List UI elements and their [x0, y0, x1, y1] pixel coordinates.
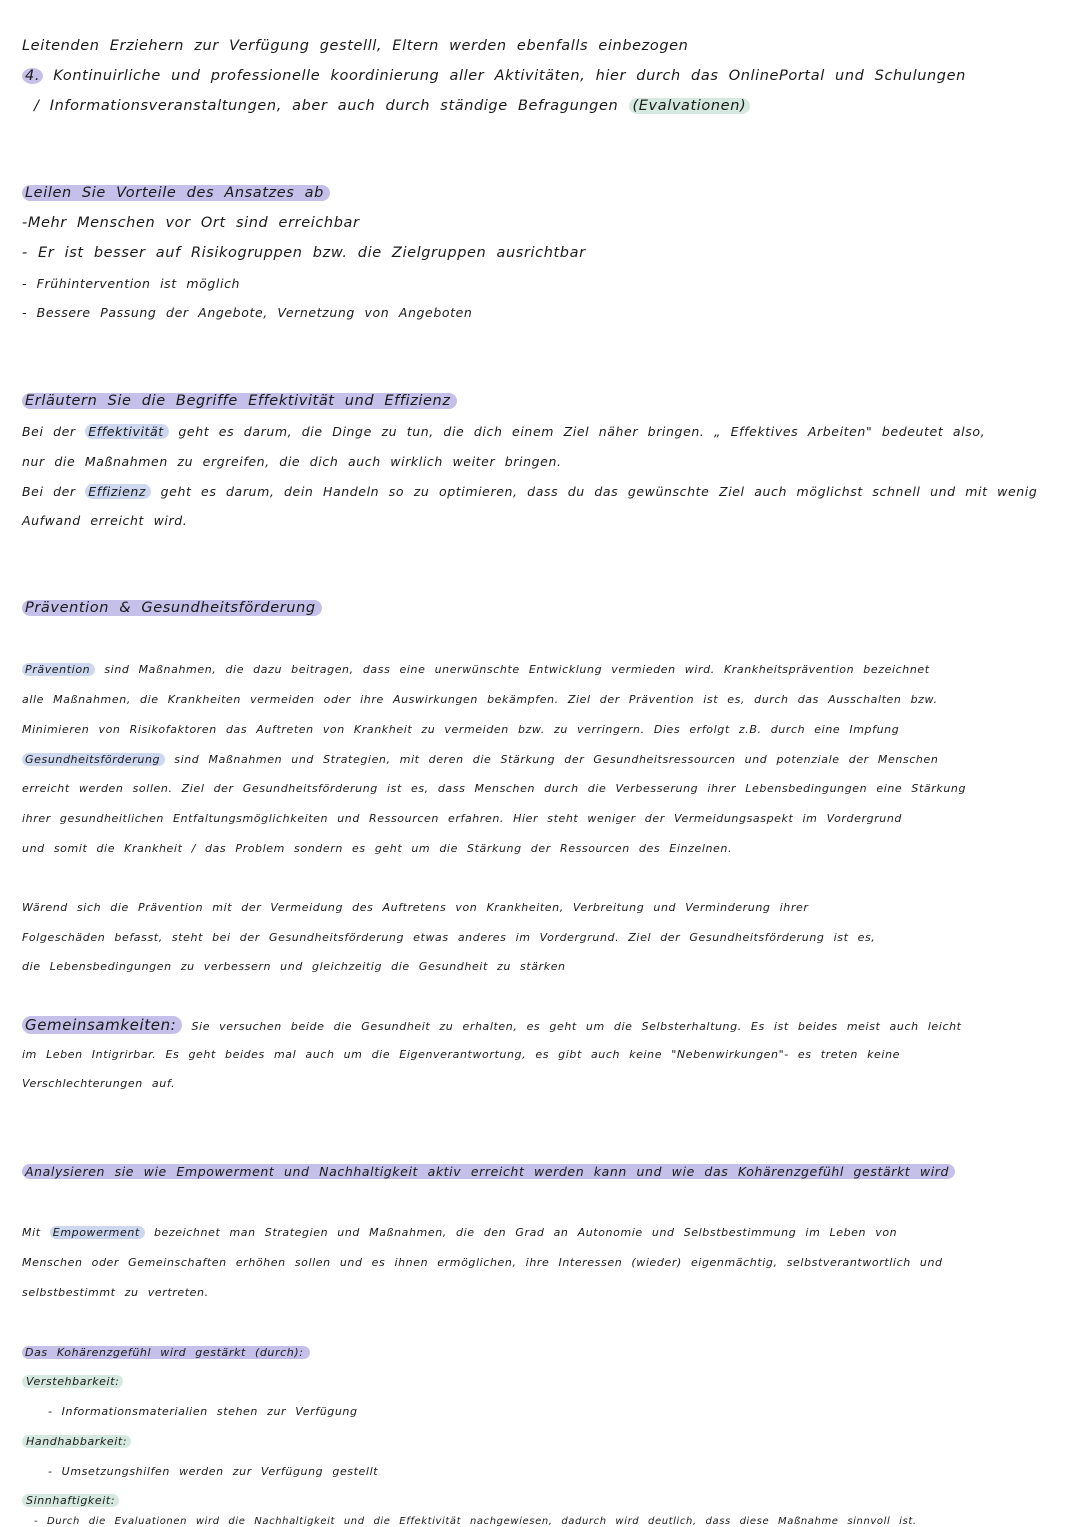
section-heading: Erläutern Sie die Begriffe Effektivität …	[22, 393, 457, 409]
text: Bei der	[22, 484, 76, 499]
list-item-4-continuation: / Informationsveranstaltungen, aber auch…	[34, 96, 1070, 116]
term-praevention: Prävention	[22, 663, 95, 676]
paragraph-line: Gesundheitsförderung sind Maßnahmen und …	[22, 750, 1070, 770]
paragraph-line: Wärend sich die Prävention mit der Verme…	[22, 898, 1070, 918]
paragraph-line: Verschlechterungen auf.	[22, 1074, 1070, 1094]
list-item: - Frühintervention ist möglich	[22, 274, 1070, 294]
term-gesundheitsfoerderung: Gesundheitsförderung	[22, 753, 165, 766]
list-item: - Bessere Passung der Angebote, Vernetzu…	[22, 303, 1070, 323]
text: geht es darum, dein Handeln so zu optimi…	[161, 484, 1038, 499]
paragraph-line: Prävention sind Maßnahmen, die dazu beit…	[22, 660, 1070, 680]
label-handhabbarkeit: Handhabbarkeit:	[22, 1432, 1070, 1452]
list-item: - Umsetzungshilfen werden zur Verfügung …	[48, 1462, 1070, 1482]
paragraph-line: selbstbestimmt zu vertreten.	[22, 1283, 1070, 1303]
label-sinnhaftigkeit: Sinnhaftigkeit:	[22, 1491, 1070, 1511]
paragraph-line: und somit die Krankheit / das Problem so…	[22, 839, 1070, 859]
paragraph-line: Folgeschäden befasst, steht bei der Gesu…	[22, 928, 1070, 948]
term-empowerment: Empowerment	[50, 1226, 145, 1239]
section-kohaerenz: Das Kohärenzgefühl wird gestärkt (durch)…	[22, 1343, 1070, 1363]
paragraph-line: die Lebensbedingungen zu verbessern und …	[22, 957, 1070, 977]
list-item: -Mehr Menschen vor Ort sind erreichbar	[22, 213, 1070, 233]
paragraph-line: Menschen oder Gemeinschaften erhöhen sol…	[22, 1253, 1070, 1273]
list-item: - Er ist besser auf Risikogruppen bzw. d…	[22, 243, 1070, 263]
highlight-evaluationen: (Evalvationen)	[629, 98, 751, 114]
text: geht es darum, die Dinge zu tun, die dic…	[178, 424, 985, 439]
intro-line: Leitenden Erziehern zur Verfügung gestel…	[22, 36, 1070, 56]
text: Bei der	[22, 424, 76, 439]
section-heading: Prävention & Gesundheitsförderung	[22, 600, 322, 616]
text: Sie versuchen beide die Gesundheit zu er…	[191, 1020, 961, 1033]
paragraph-line: Bei der Effizienz geht es darum, dein Ha…	[22, 482, 1070, 502]
paragraph-line: Aufwand erreicht wird.	[22, 511, 1070, 531]
text: Mit	[22, 1226, 41, 1239]
paragraph-line: ihrer gesundheitlichen Entfaltungsmöglic…	[22, 809, 1070, 829]
paragraph-line: Mit Empowerment bezeichnet man Strategie…	[22, 1223, 1070, 1243]
label-verstehbarkeit: Verstehbarkeit:	[22, 1372, 1070, 1392]
paragraph-line: erreicht werden sollen. Ziel der Gesundh…	[22, 779, 1070, 799]
section-empowerment: Analysieren sie wie Empowerment und Nach…	[22, 1162, 1070, 1182]
paragraph-line: nur die Maßnahmen zu ergreifen, die dich…	[22, 452, 1070, 472]
paragraph-line: Minimieren von Risikofaktoren das Auftre…	[22, 720, 1070, 740]
paragraph-line: Gemeinsamkeiten: Sie versuchen beide die…	[22, 1015, 1070, 1037]
section-heading: Analysieren sie wie Empowerment und Nach…	[22, 1164, 955, 1179]
category-label: Handhabbarkeit:	[22, 1435, 131, 1448]
term-gemeinsamkeiten: Gemeinsamkeiten:	[22, 1016, 182, 1034]
text: sind Maßnahmen, die dazu beitragen, dass…	[104, 663, 929, 676]
paragraph-line: im Leben Intigrirbar. Es geht beides mal…	[22, 1045, 1070, 1065]
list-item: - Durch die Evaluationen wird die Nachha…	[34, 1512, 1070, 1527]
text: bezeichnet man Strategien und Maßnahmen,…	[154, 1226, 897, 1239]
section-begriffe: Erläutern Sie die Begriffe Effektivität …	[22, 391, 1070, 411]
category-label: Verstehbarkeit:	[22, 1375, 123, 1388]
section-praevention: Prävention & Gesundheitsförderung	[22, 598, 1070, 618]
category-label: Sinnhaftigkeit:	[22, 1494, 119, 1507]
paragraph-line: alle Maßnahmen, die Krankheiten vermeide…	[22, 690, 1070, 710]
term-effektivitaet: Effektivität	[85, 424, 169, 439]
item-text: Kontinuirliche und professionelle koordi…	[53, 68, 966, 84]
text: sind Maßnahmen und Strategien, mit deren…	[174, 753, 938, 766]
section-heading: Leilen Sie Vorteile des Ansatzes ab	[22, 185, 330, 201]
item-number-badge: 4.	[22, 68, 43, 84]
section-vorteile: Leilen Sie Vorteile des Ansatzes ab	[22, 183, 1070, 203]
section-heading: Das Kohärenzgefühl wird gestärkt (durch)…	[22, 1346, 310, 1359]
list-item-4: 4. Kontinuirliche und professionelle koo…	[22, 66, 1070, 86]
item-text: / Informationsveranstaltungen, aber auch…	[34, 98, 618, 114]
term-effizienz: Effizienz	[85, 484, 151, 499]
paragraph-line: Bei der Effektivität geht es darum, die …	[22, 422, 1070, 442]
list-item: - Informationsmaterialien stehen zur Ver…	[48, 1402, 1070, 1422]
